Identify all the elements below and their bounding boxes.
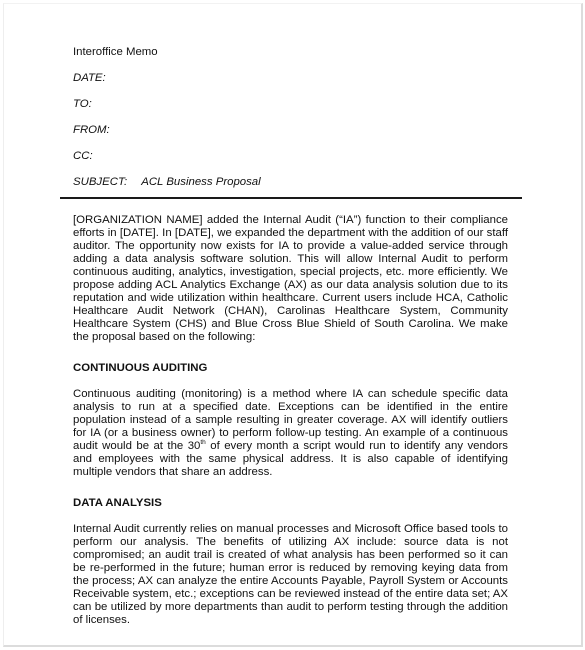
memo-title-row: Interoffice Memo (73, 46, 261, 72)
intro-paragraph: [ORGANIZATION NAME] added the Internal A… (73, 214, 508, 344)
cc-label: CC: (73, 150, 93, 162)
cc-row: CC: (73, 150, 261, 176)
section-heading-data-analysis: DATA ANALYSIS (73, 497, 508, 510)
from-row: FROM: (73, 124, 261, 150)
section-heading-continuous-auditing: CONTINUOUS AUDITING (73, 362, 508, 375)
memo-header: Interoffice Memo DATE: TO: FROM: CC: SUB… (73, 46, 261, 202)
to-row: TO: (73, 98, 261, 124)
date-row: DATE: (73, 72, 261, 98)
to-label: TO: (73, 98, 92, 110)
from-label: FROM: (73, 124, 110, 136)
subject-label: SUBJECT: (73, 176, 127, 188)
memo-title: Interoffice Memo (73, 46, 158, 58)
continuous-auditing-paragraph: Continuous auditing (monitoring) is a me… (73, 388, 508, 479)
date-label: DATE: (73, 72, 106, 84)
subject-value: ACL Business Proposal (141, 176, 260, 188)
header-divider (60, 197, 522, 199)
data-analysis-paragraph: Internal Audit currently relies on manua… (73, 523, 508, 627)
memo-body: [ORGANIZATION NAME] added the Internal A… (73, 214, 508, 627)
document-page: Interoffice Memo DATE: TO: FROM: CC: SUB… (3, 3, 583, 647)
